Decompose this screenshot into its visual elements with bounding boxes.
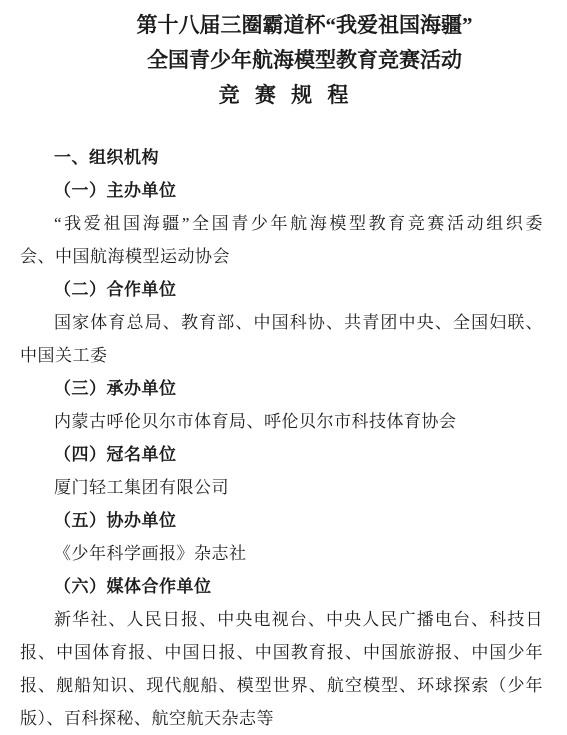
paragraph: 新华社、人民日报、中央电视台、中央人民广播电台、科技日报、中国体育报、中国日报、… <box>20 603 543 735</box>
section-heading: （六）媒体合作单位 <box>20 570 543 603</box>
text-line: （六）媒体合作单位 <box>20 570 543 603</box>
text-line: 国家体育总局、教育部、中国科协、共青团中央、全国妇联、 <box>20 306 543 339</box>
text-line: （五）协办单位 <box>20 504 543 537</box>
text-line: 会、中国航海模型运动协会 <box>20 240 543 273</box>
section-heading: （五）协办单位 <box>20 504 543 537</box>
text-line: （四）冠名单位 <box>20 438 543 471</box>
section-heading: （四）冠名单位 <box>20 438 543 471</box>
document-title: 第十八届三圈霸道杯“我爱祖国海疆” 全国青少年航海模型教育竞赛活动 竞 赛 规 … <box>0 0 567 113</box>
text-line: 报、中国体育报、中国日报、中国教育报、中国旅游报、中国少年 <box>20 636 543 669</box>
text-line: 新华社、人民日报、中央电视台、中央人民广播电台、科技日 <box>20 603 543 636</box>
document-body: 一、组织机构（一）主办单位“我爱祖国海疆”全国青少年航海模型教育竞赛活动组织委会… <box>20 141 543 735</box>
section-heading: 一、组织机构 <box>20 141 543 174</box>
paragraph: 国家体育总局、教育部、中国科协、共青团中央、全国妇联、中国关工委 <box>20 306 543 372</box>
text-line: 版）、百科探秘、航空航天杂志等 <box>20 702 543 735</box>
text-line: 厦门轻工集团有限公司 <box>20 471 543 504</box>
title-line-1: 第十八届三圈霸道杯“我爱祖国海疆” <box>0 8 567 43</box>
paragraph: “我爱祖国海疆”全国青少年航海模型教育竞赛活动组织委会、中国航海模型运动协会 <box>20 207 543 273</box>
section-heading: （一）主办单位 <box>20 174 543 207</box>
title-line-2: 全国青少年航海模型教育竞赛活动 <box>0 43 567 78</box>
section-heading: （二）合作单位 <box>20 273 543 306</box>
text-line: （三）承办单位 <box>20 372 543 405</box>
text-line: 内蒙古呼伦贝尔市体育局、呼伦贝尔市科技体育协会 <box>20 405 543 438</box>
text-line: （二）合作单位 <box>20 273 543 306</box>
text-line: “我爱祖国海疆”全国青少年航海模型教育竞赛活动组织委 <box>20 207 543 240</box>
title-line-3: 竞 赛 规 程 <box>0 78 567 113</box>
text-line: （一）主办单位 <box>20 174 543 207</box>
text-line: 《少年科学画报》杂志社 <box>20 537 543 570</box>
paragraph: 内蒙古呼伦贝尔市体育局、呼伦贝尔市科技体育协会 <box>20 405 543 438</box>
section-heading: （三）承办单位 <box>20 372 543 405</box>
text-line: 报、舰船知识、现代舰船、模型世界、航空模型、环球探索（少年 <box>20 669 543 702</box>
text-line: 中国关工委 <box>20 339 543 372</box>
paragraph: 厦门轻工集团有限公司 <box>20 471 543 504</box>
paragraph: 《少年科学画报》杂志社 <box>20 537 543 570</box>
text-line: 一、组织机构 <box>20 141 543 174</box>
document-page: 第十八届三圈霸道杯“我爱祖国海疆” 全国青少年航海模型教育竞赛活动 竞 赛 规 … <box>0 0 567 735</box>
